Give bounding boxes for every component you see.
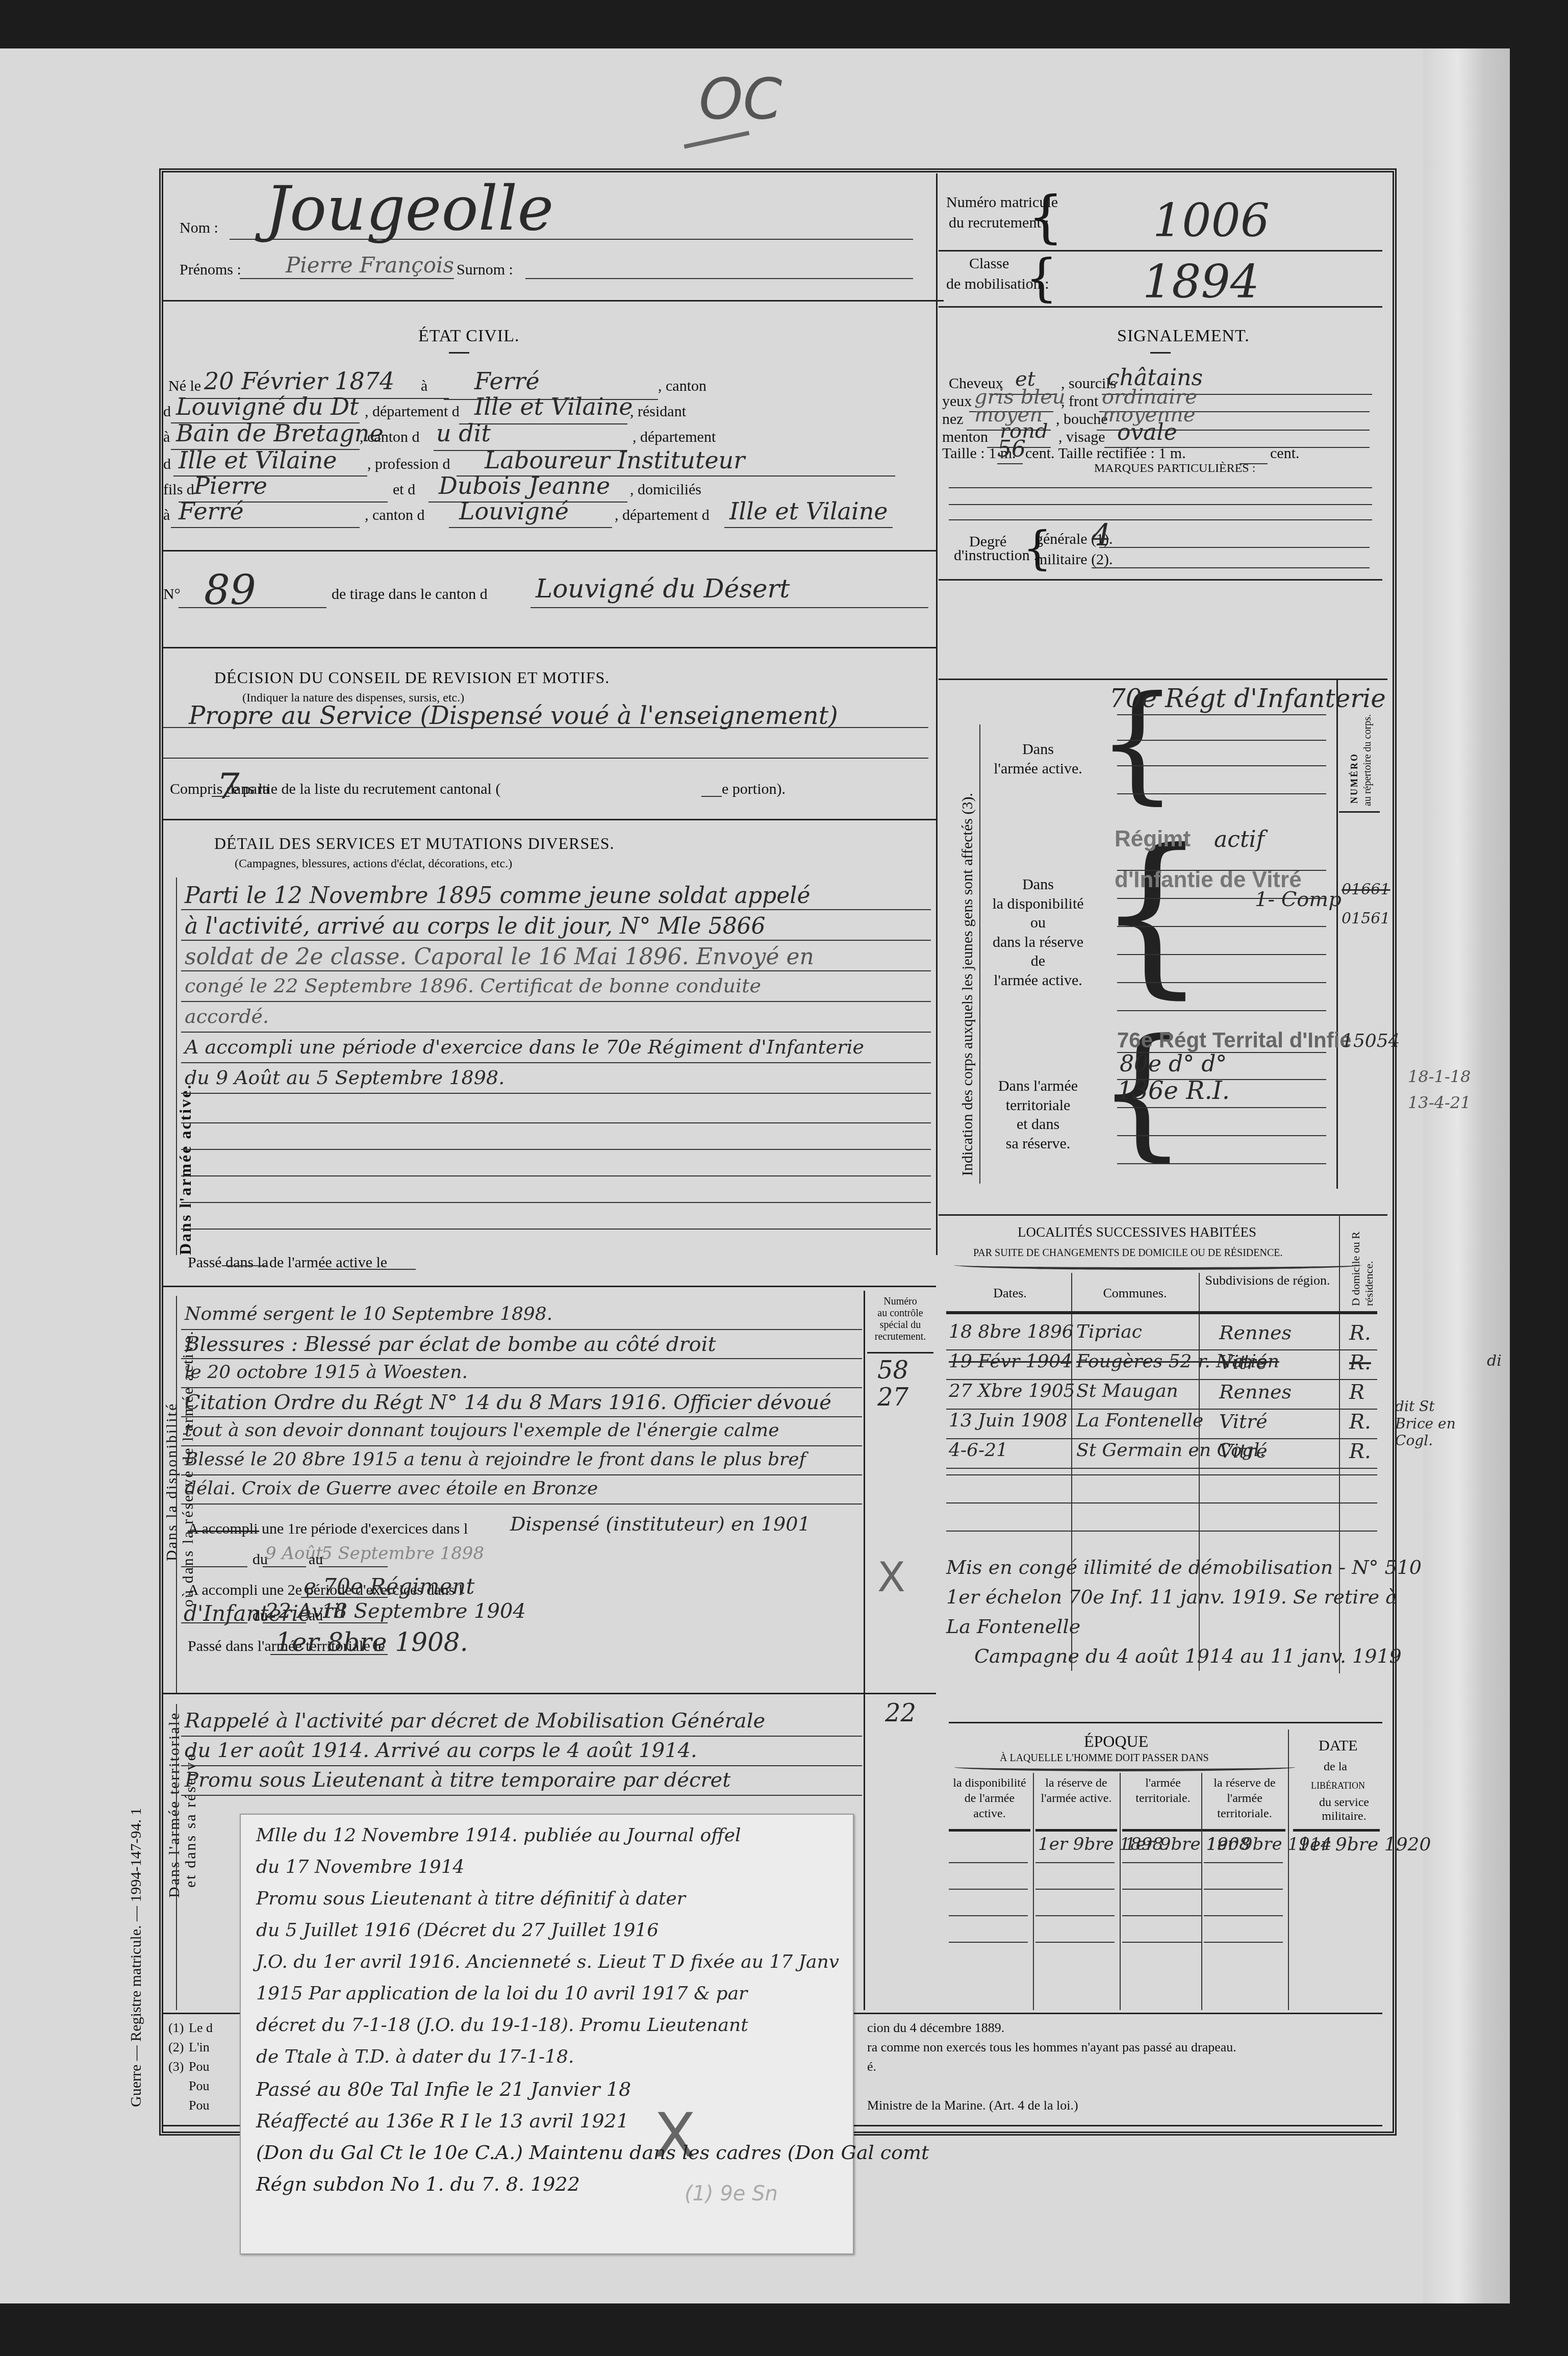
- localites-type: R.: [1349, 1440, 1371, 1463]
- epoque-title: ÉPOQUE: [1084, 1732, 1148, 1751]
- disponibilite-number: 01661: [1342, 875, 1390, 904]
- service-entry: congé le 22 Septembre 1896. Certificat d…: [185, 974, 761, 997]
- nom-value: Jougeolle: [265, 173, 554, 244]
- epoque-column-header: la réserve de l'armée active.: [1035, 1775, 1117, 1806]
- cent-label: cent.: [1270, 445, 1299, 462]
- residence-canton: u dit: [436, 419, 491, 447]
- taille-rectifiee-label: cent. Taille rectifiée : 1 m.: [1025, 445, 1186, 462]
- service-entry: accordé.: [185, 1005, 269, 1027]
- service-entry: soldat de 2e classe. Caporal le 16 Mai 1…: [185, 944, 814, 970]
- territoriale-side-label-1: Dans l'armée territoriale: [166, 1712, 183, 1898]
- corps-label-line: Dans l'armée: [987, 1076, 1089, 1096]
- controle-values: 5827: [877, 1357, 908, 1411]
- localites-title: LOCALITÉS SUCCESSIVES HABITÉES: [1018, 1224, 1256, 1240]
- footnote-prefix: Le d: [189, 2020, 213, 2036]
- service-entry: à l'activité, arrivé au corps le dit jou…: [185, 913, 766, 939]
- militaire-label: militaire (2).: [1035, 551, 1113, 568]
- periode1-label: A accompli une 1re période d'exercices d…: [188, 1520, 468, 1538]
- ruled-line: [1035, 1862, 1115, 1863]
- bouche-label: , bouche: [1056, 411, 1108, 428]
- numero-label-1: NUMÉRO: [1349, 753, 1360, 804]
- ruled-line: [946, 1379, 1377, 1380]
- corps-label-line: de: [987, 951, 1089, 971]
- et-de-label: et d: [393, 481, 415, 498]
- card-entry: de Ttale à T.D. à dater du 17-1-18.: [256, 2046, 574, 2067]
- epoque-brace: [954, 1763, 1296, 1771]
- disponibilite-numbers: 0166101561: [1342, 875, 1390, 933]
- visage-label: , visage: [1058, 429, 1105, 446]
- corps-disponibilite-label: Dansla disponibilitéoudans la réservedel…: [987, 875, 1089, 990]
- date-subtitle-2: LIBÉRATION: [1311, 1781, 1365, 1791]
- compris-suffix: e partie de la liste du recrutement cant…: [232, 781, 500, 798]
- localites-commune: St Maugan: [1076, 1381, 1178, 1401]
- localites-type: R: [1349, 1381, 1364, 1404]
- corps-label-line: territoriale: [987, 1096, 1089, 1115]
- ruled-line: [181, 1474, 862, 1475]
- ruled-line: [181, 1062, 931, 1063]
- generale-value: 4: [1092, 518, 1111, 554]
- margin-note-st-brice: dit St Brice en Cogl.: [1395, 1398, 1461, 1449]
- father-name: Pierre: [194, 472, 267, 499]
- territoriale-stamp: 76e Régt Territal d'Infie: [1117, 1028, 1352, 1052]
- ruled-line: [1035, 1942, 1115, 1943]
- ruled-line: [181, 1329, 862, 1330]
- corps-label-line: l'armée active.: [987, 971, 1089, 990]
- page-edge: [1423, 48, 1510, 2303]
- localites-subdivision: Rennes: [1219, 1321, 1292, 1344]
- ruled-line: [181, 1001, 931, 1002]
- corps-label-line: sa réserve.: [987, 1134, 1089, 1154]
- domicile-a-label: à: [163, 507, 170, 524]
- localites-date: 13 Juin 1908: [949, 1410, 1068, 1431]
- disponibilite-hand-2: 1- Comp: [1255, 888, 1342, 911]
- corps-label-line: ou: [987, 913, 1089, 933]
- canton-de-label: d: [163, 403, 171, 420]
- tirage-label: de tirage dans le canton d: [332, 586, 488, 603]
- epoque-header-rule: [949, 1829, 1030, 1832]
- a-label: à: [421, 378, 427, 395]
- profession-label: , profession d: [367, 456, 450, 473]
- date-subtitle-3: du service militaire.: [1313, 1796, 1375, 1823]
- controle-value: 27: [877, 1384, 908, 1411]
- territoriale-entry: du 1er août 1914. Arrivé au corps le 4 a…: [185, 1739, 697, 1762]
- birth-canton: Louvigné du Dt: [176, 393, 359, 420]
- footnote-num: (2): [168, 2040, 184, 2055]
- decision-value: Propre au Service (Dispensé voué à l'ens…: [189, 701, 838, 730]
- ruled-line: [949, 1915, 1028, 1916]
- portion-suffix: e portion).: [722, 781, 786, 798]
- ruled-line: [949, 1942, 1028, 1943]
- epoque-column-header: la réserve de l'armée territoriale.: [1204, 1775, 1285, 1821]
- epoque-header-rule: [1293, 1829, 1380, 1832]
- footnote-prefix: L'in: [189, 2040, 210, 2055]
- disponibilite-number: 01561: [1342, 904, 1390, 933]
- localites-date: 18 8bre 1896: [949, 1321, 1074, 1342]
- ruled-line: [181, 909, 931, 910]
- mother-name: Dubois Jeanne: [439, 472, 610, 499]
- disponibilite-entry: Blessures : Blessé par éclat de bombe au…: [185, 1333, 716, 1356]
- ruled-line: [181, 1229, 931, 1230]
- localites-note: Mis en congé illimité de démobilisation …: [946, 1556, 1422, 1578]
- corps-side-label: Indication des corps auxquels les jeunes…: [959, 793, 976, 1176]
- domicile-departement: Ille et Vilaine: [729, 497, 888, 525]
- disponibilite-side-label-1: Dans la disponibilité: [163, 1402, 181, 1561]
- ruled-line: [946, 1468, 1377, 1469]
- footnote-text: Ministre de la Marine. (Art. 4 de la loi…: [867, 2098, 1078, 2113]
- prenoms-label: Prénoms :: [180, 261, 241, 279]
- card-entry: Mlle du 12 Novembre 1914. publiée au Jou…: [256, 1825, 741, 1846]
- footnote-text: ra comme non exercés tous les hommes n'a…: [867, 2040, 1236, 2055]
- card-entry: Passé au 80e Tal Infie le 21 Janvier 18: [256, 2078, 631, 2100]
- ruled-line: [181, 940, 931, 941]
- card-entry: Promu sous Lieutenant à titre définitif …: [256, 1888, 686, 1909]
- localites-type: R.: [1349, 1321, 1371, 1345]
- controle-header-line: spécial du: [867, 1319, 933, 1331]
- footnote-prefix: Pou: [189, 2059, 209, 2074]
- disponibilite-hand-1: actif: [1214, 826, 1264, 853]
- epoque-divider: [1120, 1773, 1121, 2010]
- ruled-line: [1122, 1942, 1201, 1943]
- ruled-line: [181, 1387, 862, 1388]
- classe-label-1: Classe: [969, 255, 1009, 272]
- ruled-line: [1204, 1862, 1283, 1863]
- ruled-line: [1122, 1862, 1201, 1863]
- card-entry: du 5 Juillet 1916 (Décret du 27 Juillet …: [256, 1920, 659, 1941]
- ruled-line: [1122, 1915, 1201, 1916]
- marques-title: MARQUES PARTICULIÈRES :: [1094, 462, 1255, 475]
- disponibilite-entry: délai. Croix de Guerre avec étoile en Br…: [185, 1478, 598, 1499]
- localites-column-header: D domicile ou R résidence.: [1349, 1219, 1376, 1306]
- corps-label-line: et dans: [987, 1115, 1089, 1134]
- profession-value: Laboureur Instituteur: [485, 446, 745, 474]
- services-subtitle: (Campagnes, blessures, actions d'éclat, …: [235, 857, 512, 871]
- date-title: DATE: [1319, 1737, 1358, 1755]
- decision-title: DÉCISION DU CONSEIL DE REVISION ET MOTIF…: [214, 668, 610, 687]
- ruled-line: [181, 1149, 931, 1150]
- periode1-au-value: 5 Septembre 1898: [321, 1543, 484, 1564]
- corps-label-line: Dans: [987, 740, 1089, 759]
- localites-note-mark: X: [877, 1553, 905, 1601]
- territoriale-entry: Rappelé à l'activité par décret de Mobil…: [185, 1709, 765, 1733]
- margin-date: 13-4-21: [1408, 1090, 1471, 1116]
- service-entry: A accompli une période d'exercice dans l…: [185, 1036, 864, 1058]
- periode1-value: Dispensé (instituteur) en 1901: [510, 1513, 811, 1535]
- epoque-divider: [1033, 1773, 1034, 2010]
- ruled-line: [181, 1202, 931, 1203]
- surnom-label: Surnom :: [457, 261, 513, 279]
- ruled-line: [181, 970, 931, 971]
- disponibilite-entry: tout à son devoir donnant toujours l'exe…: [185, 1420, 779, 1441]
- services-title: DÉTAIL DES SERVICES ET MUTATIONS DIVERSE…: [214, 834, 615, 853]
- ruled-line: [949, 1889, 1028, 1890]
- localites-subdivision: Vitré: [1219, 1351, 1268, 1373]
- territoriale-hand-1: 80e d° d°: [1120, 1051, 1227, 1077]
- disponibilite-entry: Nommé sergent le 10 Septembre 1898.: [185, 1304, 552, 1324]
- disponibilite-stamp-1: Régimt: [1115, 826, 1191, 852]
- localites-column-header: Communes.: [1076, 1286, 1194, 1301]
- tirage-no-label: N°: [163, 586, 181, 603]
- localites-subdivision: Vitré: [1219, 1440, 1268, 1462]
- service-entry: Parti le 12 Novembre 1895 comme jeune so…: [185, 883, 810, 909]
- ruled-line: [181, 1416, 862, 1417]
- footnote-text: é.: [867, 2059, 876, 2074]
- localites-type: R.: [1349, 1351, 1371, 1374]
- margin-dates: 18-1-1813-4-21: [1408, 1064, 1471, 1116]
- pasted-card: (1) 9e Sn X Mlle du 12 Novembre 1914. pu…: [240, 1814, 854, 2254]
- footnote-prefix: Pou: [189, 2098, 209, 2113]
- territoriale-entry: Promu sous Lieutenant à titre temporaire…: [185, 1768, 730, 1792]
- visage-value: ovale: [1117, 419, 1177, 445]
- etat-civil-title: ÉTAT CIVIL.: [418, 327, 519, 346]
- disponibilite-entry: le 20 octobre 1915 à Woesten.: [185, 1362, 468, 1383]
- yeux-label: yeux: [942, 393, 972, 410]
- service-entry: du 9 Août au 5 Septembre 1898.: [185, 1066, 504, 1089]
- corps-label-line: dans la réserve: [987, 933, 1089, 952]
- periode1-strike: [188, 1531, 259, 1532]
- ruled-line: [946, 1349, 1377, 1350]
- localites-note: Campagne du 4 août 1914 au 11 janv. 1919: [974, 1645, 1402, 1667]
- domicile-dept-label: , département d: [615, 507, 710, 524]
- footnote-text: cion du 4 décembre 1889.: [867, 2020, 1004, 2036]
- matricule-value: 1006: [1153, 194, 1270, 247]
- corps-label-line: l'armée active.: [987, 759, 1089, 779]
- numero-label-2: au répertoire du corps.: [1362, 714, 1374, 806]
- disponibilite-entry: Citation Ordre du Régt N° 14 du 8 Mars 1…: [185, 1391, 831, 1414]
- tirage-canton-value: Louvigné du Désert: [536, 574, 790, 604]
- margin-date: 18-1-18: [1408, 1064, 1471, 1090]
- birth-place: Ferré: [474, 367, 540, 395]
- localites-date: 27 Xbre 1905: [949, 1381, 1075, 1401]
- epoque-header-rule: [1122, 1829, 1204, 1832]
- printer-mark: Guerre — Registre matricule. — 1994-147-…: [128, 1808, 145, 2107]
- epoque-header-rule: [1035, 1829, 1117, 1832]
- ruled-line: [1204, 1889, 1283, 1890]
- controle-header: Numéroau contrôlespécial durecrutement.: [867, 1296, 933, 1343]
- ruled-line: [946, 1438, 1377, 1439]
- epoque-column-header: la disponibilité de l'armée active.: [949, 1775, 1030, 1821]
- disponibilite-entry: Blessé le 20 8bre 1915 a tenu à rejoindr…: [185, 1449, 806, 1470]
- localites-subdivision: Rennes: [1219, 1381, 1292, 1403]
- residant-label: , résidant: [630, 403, 686, 420]
- territoriale-hand-2: 136e R.I.: [1117, 1076, 1230, 1105]
- ruled-line: [181, 1175, 931, 1176]
- ruled-line: [946, 1409, 1377, 1410]
- domicilies-label: , domiciliés: [630, 481, 701, 498]
- localites-commune: La Fontenelle: [1076, 1410, 1203, 1431]
- top-mark: OC: [699, 66, 782, 132]
- epoque-divider: [1201, 1773, 1202, 2010]
- localites-type: R.: [1349, 1410, 1371, 1434]
- passe-territoriale-value: 1er 8bre 1908.: [275, 1627, 468, 1657]
- epoque-header-rule: [1204, 1829, 1285, 1832]
- birth-departement: Ille et Vilaine: [474, 393, 633, 420]
- ruled-line: [181, 1122, 931, 1123]
- residence-canton-label: , canton d: [360, 429, 419, 446]
- taille-value: 56: [997, 436, 1026, 462]
- menton-label: menton: [942, 429, 988, 446]
- card-entry: J.O. du 1er avril 1916. Ancienneté s. Li…: [256, 1951, 839, 1972]
- card-entry: Régn subdon No 1. du 7. 8. 1922: [256, 2173, 580, 2195]
- corps-active-label: Dansl'armée active.: [987, 740, 1089, 778]
- controle-header-line: recrutement.: [867, 1331, 933, 1343]
- corps-label-line: Dans: [987, 875, 1089, 894]
- tirage-no-value: 89: [204, 566, 256, 614]
- prenoms-value: Pierre François: [286, 253, 454, 278]
- controle-value: 58: [877, 1357, 908, 1384]
- ruled-line: [181, 1032, 931, 1033]
- ruled-line: [1035, 1915, 1115, 1916]
- ruled-line: [181, 1503, 862, 1505]
- card-entry: du 17 Novembre 1914: [256, 1857, 465, 1877]
- ruled-line: [949, 1862, 1028, 1863]
- footnote-num: (3): [168, 2059, 184, 2074]
- domicile-canton-label: , canton d: [365, 507, 424, 524]
- date-subtitle-1: de la: [1324, 1760, 1347, 1774]
- corps-label-line: la disponibilité: [987, 894, 1089, 914]
- ruled-line: [1204, 1942, 1283, 1943]
- territoriale-number: 15054: [1342, 1031, 1400, 1051]
- card-entry: 1915 Par application de la loi du 10 avr…: [256, 1983, 747, 2004]
- front-label: , front: [1061, 393, 1098, 410]
- domicile-value: Ferré: [179, 497, 244, 525]
- localites-column-header: Subdivisions de région.: [1204, 1273, 1331, 1288]
- departement-label: , département d: [365, 403, 460, 420]
- ruled-line: [1204, 1915, 1283, 1916]
- ne-le-label: Né le: [168, 378, 201, 395]
- residence-a-label: à: [163, 429, 170, 446]
- residence-departement: Ille et Vilaine: [179, 446, 337, 474]
- ruled-line: [181, 1765, 862, 1766]
- ruled-line: [181, 1358, 862, 1359]
- controle-header-line: au contrôle: [867, 1308, 933, 1319]
- canton-label: , canton: [658, 378, 706, 395]
- ruled-line: [181, 1093, 931, 1094]
- controle-header-line: Numéro: [867, 1296, 933, 1308]
- localites-note: La Fontenelle: [946, 1615, 1080, 1638]
- residence-departement-label: , département: [633, 429, 716, 446]
- residence-dept-prefix: d: [163, 456, 171, 473]
- ruled-line: [181, 1736, 862, 1737]
- territoriale-controle-value: 22: [885, 1699, 916, 1727]
- ruled-line: [181, 1795, 862, 1796]
- signalement-title: SIGNALEMENT.: [1117, 327, 1250, 346]
- corps-active-value: 70e Régt d'Infanterie: [1109, 684, 1386, 713]
- decorative-brace: [954, 1260, 1362, 1270]
- localites-date: 4-6-21: [949, 1440, 1008, 1461]
- card-entry: décret du 7-1-18 (J.O. du 19-1-18). Prom…: [256, 2015, 748, 2036]
- localites-subtitle: PAR SUITE DE CHANGEMENTS DE DOMICILE OU …: [973, 1247, 1282, 1259]
- domicile-canton: Louvigné: [459, 497, 569, 525]
- ruled-line: [1122, 1889, 1201, 1890]
- footnote-prefix: Pou: [189, 2078, 209, 2094]
- localites-commune: Tipriac: [1076, 1321, 1142, 1342]
- epoque-column-header: l'armée territoriale.: [1122, 1775, 1204, 1806]
- passe-dans-la-label: Passé dans la: [188, 1254, 268, 1271]
- card-pencil-note: (1) 9e Sn: [685, 2182, 778, 2205]
- card-entry: Réaffecté au 136e R I le 13 avril 1921: [256, 2110, 629, 2132]
- birth-date: 20 Février 1874: [204, 367, 394, 395]
- ruled-line: [181, 1445, 862, 1446]
- corps-territoriale-label: Dans l'arméeterritorialeet danssa réserv…: [987, 1076, 1089, 1153]
- localites-column-header: Dates.: [959, 1286, 1061, 1301]
- residence-value: Bain de Bretagne: [176, 419, 384, 447]
- localites-note: 1er échelon 70e Inf. 11 janv. 1919. Se r…: [946, 1586, 1397, 1608]
- periode2-au-value: 18 Septembre 1904: [321, 1599, 526, 1623]
- nez-label: nez: [942, 411, 964, 428]
- fils-de-label: fils d: [163, 481, 194, 498]
- footnote-num: (1): [168, 2020, 184, 2036]
- nom-label: Nom :: [180, 219, 218, 237]
- localites-date: 19 Févr 1904: [949, 1351, 1072, 1372]
- ruled-line: [1035, 1889, 1115, 1890]
- classe-value: 1894: [1143, 255, 1259, 309]
- periode2-value: e 70e Régiment: [304, 1574, 474, 1599]
- liberation-date-value: 1er 9bre 1920: [1298, 1834, 1431, 1855]
- localites-subdivision: Vitré: [1219, 1410, 1268, 1433]
- margin-note-di: di: [1487, 1352, 1502, 1370]
- card-entry: (Don du Gal Ct le 10e C.A.) Maintenu dan…: [256, 2141, 929, 2164]
